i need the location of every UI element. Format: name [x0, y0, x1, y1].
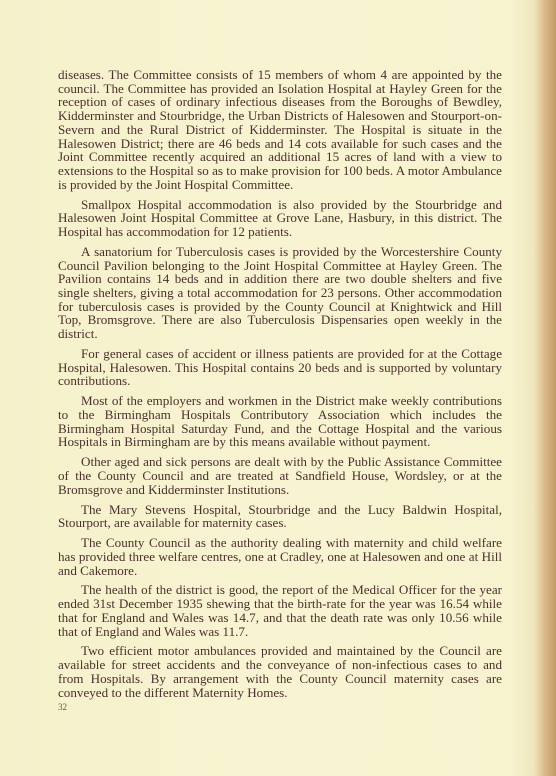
paragraph-ambulances: Two efficient motor ambulances provided … [58, 644, 502, 699]
paragraph-public-assistance: Other aged and sick persons are dealt wi… [58, 455, 502, 496]
paragraph-welfare-centres: The County Council as the authority deal… [58, 536, 502, 577]
paragraph-health-statistics: The health of the district is good, the … [58, 583, 502, 638]
body-text: diseases. The Committee consists of 15 m… [58, 68, 502, 705]
paragraph-contributions: Most of the employers and workmen in the… [58, 394, 502, 449]
paragraph-continuation: diseases. The Committee consists of 15 m… [58, 68, 502, 191]
book-page: diseases. The Committee consists of 15 m… [0, 0, 556, 776]
page-number: 32 [58, 702, 67, 712]
paragraph-maternity-hospitals: The Mary Stevens Hospital, Stourbridge a… [58, 503, 502, 530]
paragraph-tuberculosis: A sanatorium for Tuberculosis cases is p… [58, 245, 502, 341]
paragraph-smallpox-hospital: Smallpox Hospital accommodation is also … [58, 198, 502, 239]
paragraph-cottage-hospital: For general cases of accident or illness… [58, 347, 502, 388]
